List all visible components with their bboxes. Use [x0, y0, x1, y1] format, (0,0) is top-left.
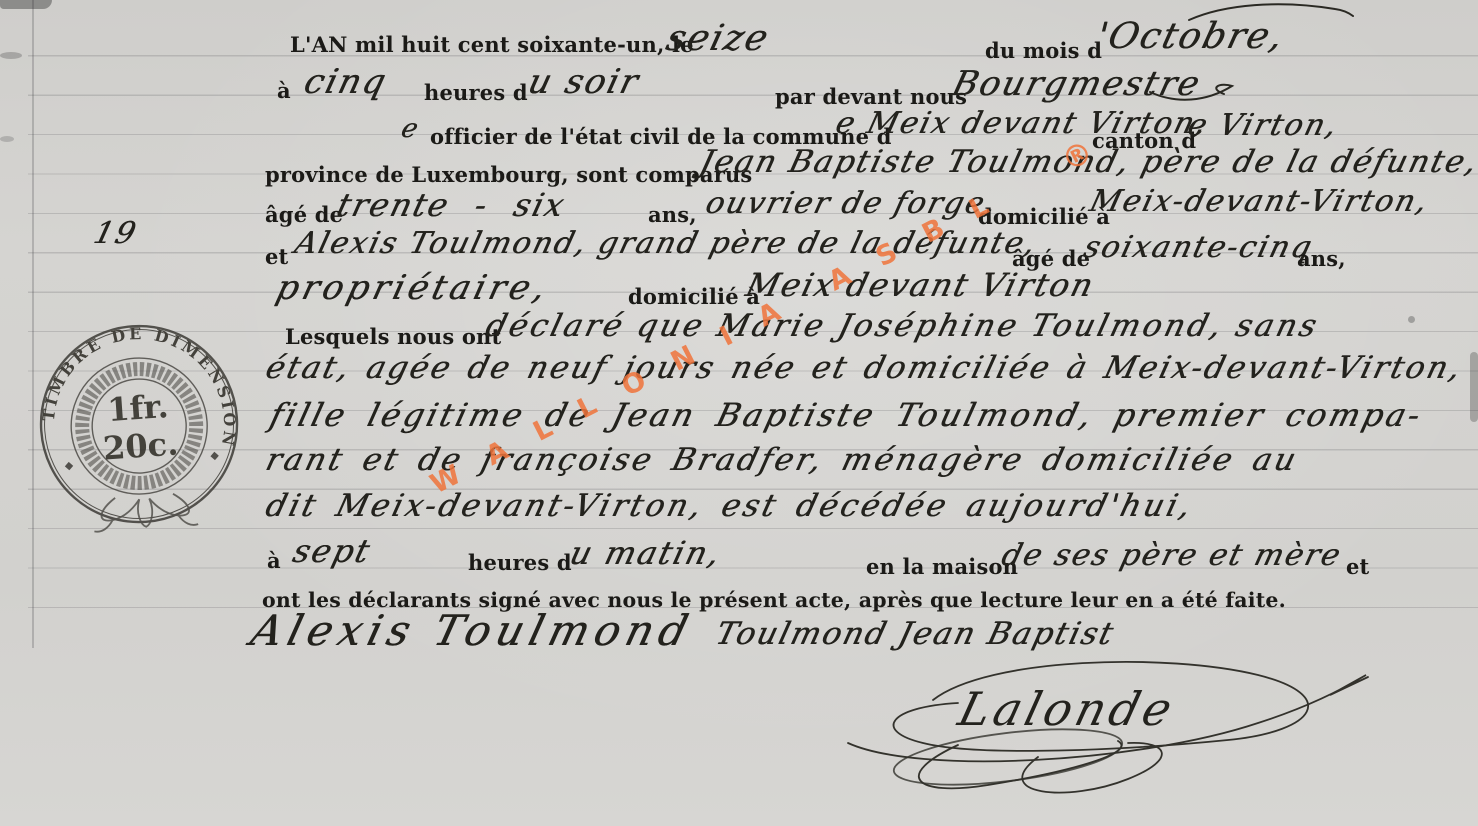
ink-speck: [1408, 316, 1415, 323]
act-line2-printed-2: heures d: [424, 80, 528, 105]
stamp-ornament-icon: ◆: [64, 459, 74, 473]
pen-swash: [1148, 78, 1238, 104]
act-line6-printed-3: ans,: [1297, 246, 1346, 271]
margin-act-number: 19: [90, 216, 141, 251]
act-line13-hand-maison: de ses père et mère: [998, 538, 1346, 573]
act-line6-hand-age2: soixante-cinq: [1080, 230, 1317, 265]
act-line5-printed-1: âgé de: [265, 202, 343, 227]
act-line2-printed-1: à: [277, 78, 291, 103]
act-line1-printed-2: du mois d: [985, 38, 1102, 63]
signature-lalonde-name: Lalonde: [952, 684, 1181, 737]
act-line1-hand-day: seize: [662, 18, 774, 59]
stamp-ornament-icon: ◆: [210, 449, 220, 463]
act-line3-hand-lead: e: [398, 114, 423, 144]
act-line2-hand-soir: u soir: [524, 62, 644, 102]
act-line4-printed-1: province de Luxembourg, sont comparus: [265, 162, 752, 187]
edge-smudge: [0, 136, 14, 142]
act-line8-printed-1: Lesquels nous ont: [285, 324, 501, 349]
act-line13-printed-3: en la maison: [866, 554, 1018, 579]
act-line13-hand-matin: u matin,: [566, 534, 726, 572]
signature-alexis-toulmond: Alexis Toulmond: [246, 606, 698, 655]
edge-smudge: [0, 52, 22, 59]
stamp-value-centimes: 20c.: [102, 424, 180, 467]
act-line9-hand: état, agée de neuf jours née et domicili…: [262, 350, 1467, 386]
act-line10-hand: fille légitime de Jean Baptiste Toulmond…: [266, 396, 1427, 434]
edge-smudge: [0, 0, 52, 9]
act-line1-printed-1: L'AN mil huit cent soixante-un, le: [290, 32, 694, 57]
act-line7-printed-1: domicilié à: [628, 284, 760, 309]
act-line8-hand-declaration: déclaré que Marie Joséphine Toulmond, sa…: [482, 308, 1323, 344]
act-line13-printed-1: à: [267, 548, 281, 573]
signature-lalonde-flourish: Lalonde: [838, 645, 1383, 810]
act-line12-hand: dit Meix-devant-Virton, est décédée aujo…: [262, 488, 1197, 524]
act-line1-hand-month: 'Octobre,: [1092, 16, 1289, 57]
act-line7-hand-profession2: propriétaire,: [272, 268, 553, 308]
death-record-scan: 19 L'AN mil huit cent soixante-un, le se…: [0, 0, 1478, 826]
act-line13-hand-hour: sept: [289, 532, 375, 570]
act-line5-hand-age: trente - six: [333, 186, 570, 224]
act-line13-printed-4: et: [1346, 554, 1369, 579]
act-line6-printed-1: et: [265, 244, 288, 269]
stamp-value-francs: 1fr.: [106, 387, 170, 429]
act-line5-printed-2: ans,: [648, 202, 697, 227]
act-line11-hand: rant et de françoise Bradfer, ménagère d…: [262, 442, 1302, 478]
timbre-de-dimension-stamp: TIMBRE DE DIMENSION ◆ ◆ 1fr. 20c.: [25, 309, 254, 538]
act-line2-hand-hour: cinq: [300, 62, 392, 102]
edge-smudge: [1470, 352, 1478, 422]
act-line13-printed-2: heures d: [468, 550, 572, 575]
act-line3-hand-canton: e Virton,: [1184, 108, 1342, 143]
act-line5-hand-domicile: Meix-devant-Virton,: [1086, 184, 1432, 219]
